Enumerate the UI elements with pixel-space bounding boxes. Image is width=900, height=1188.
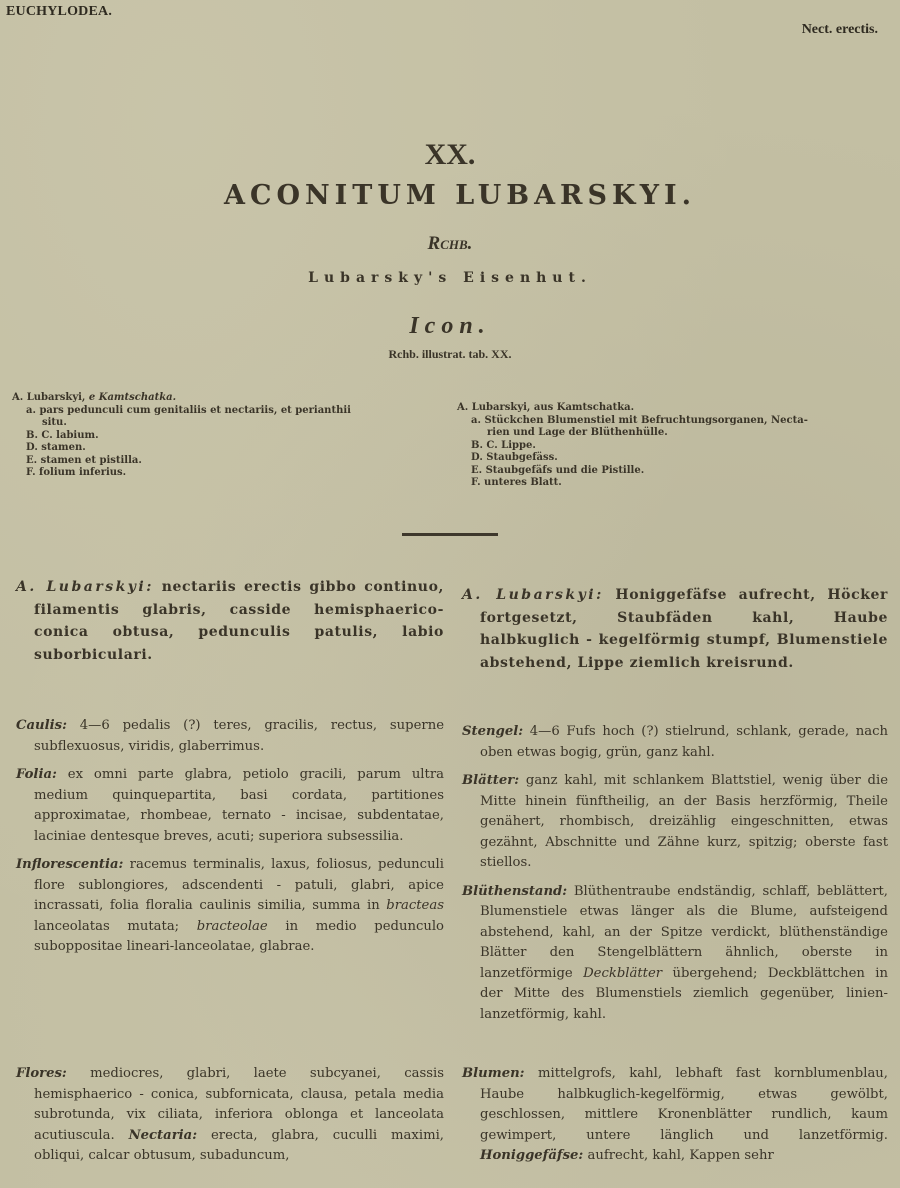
legend-head-prefix: A. Lubarskyi,	[12, 392, 89, 403]
legend-head: A. Lubarskyi, e Kamtschatka.	[12, 392, 452, 405]
legend-head: A. Lubarskyi, aus Kamtschatka.	[457, 402, 897, 415]
legend-item: a. Stückchen Blumenstiel mit Befruchtung…	[471, 415, 897, 440]
legend-item: F. folium inferius.	[26, 467, 452, 480]
legend-item: D. Staubgefäss.	[471, 452, 897, 465]
title-block: XX. ACONITUM LUBARSKYI. Rchb. Lubarsky's…	[0, 138, 900, 362]
running-head-group: Nect. erectis.	[802, 22, 878, 38]
legend-item: D. stamen.	[26, 442, 452, 455]
icon-heading: Icon.	[0, 312, 900, 340]
legend-item: B. C. labium.	[26, 430, 452, 443]
common-name: Lubarsky's Eisenhut.	[0, 268, 900, 288]
paragraph-flores: Flores: mediocres, glabri, laete subcyan…	[16, 1064, 444, 1167]
german-diagnosis: A. Lubarskyi: Honiggefäfse aufrecht, Höc…	[462, 584, 888, 674]
legend-item: F. unteres Blatt.	[471, 477, 897, 490]
paragraph-blumen: Blumen: mittelgrofs, kahl, lebhaft fast …	[462, 1064, 888, 1167]
paragraph-blaetter: Blätter: ganz kahl, mit schlankem Blatts…	[462, 771, 888, 874]
author-abbreviation: Rchb.	[0, 232, 900, 256]
latin-description: Caulis: 4—6 pedalis (?) teres, gracilis,…	[16, 716, 444, 966]
diagnosis-label: A. Lubarskyi:	[16, 579, 154, 595]
paragraph-caulis: Caulis: 4—6 pedalis (?) teres, gracilis,…	[16, 716, 444, 757]
plate-legend-latin: A. Lubarskyi, e Kamtschatka. a. pars ped…	[12, 392, 452, 480]
icon-reference: Rchb. illustrat. tab. XX.	[0, 346, 900, 362]
section-divider	[402, 533, 498, 536]
paragraph-inflorescentia: Inflorescentia: racemus terminalis, laxu…	[16, 855, 444, 958]
legend-item: B. C. Lippe.	[471, 440, 897, 453]
plate-legend-german: A. Lubarskyi, aus Kamtschatka. a. Stückc…	[457, 402, 897, 490]
paragraph-folia: Folia: ex omni parte glabra, petiolo gra…	[16, 765, 444, 847]
german-blumen: Blumen: mittelgrofs, kahl, lebhaft fast …	[462, 1064, 888, 1175]
book-page: EUCHYLODEA. Nect. erectis. XX. ACONITUM …	[0, 0, 900, 1188]
paragraph-stengel: Stengel: 4—6 Fufs hoch (?) stielrund, sc…	[462, 722, 888, 763]
legend-item: a. pars pedunculi cum genitaliis et nect…	[26, 405, 452, 430]
plate-number: XX.	[0, 138, 900, 172]
running-head-section: EUCHYLODEA.	[6, 4, 112, 20]
legend-item: E. Staubgefäfs und die Pistille.	[471, 465, 897, 478]
species-title: ACONITUM LUBARSKYI.	[0, 180, 900, 212]
legend-item: E. stamen et pistilla.	[26, 455, 452, 468]
legend-head-locality: e Kamtschatka.	[89, 392, 176, 403]
diagnosis-label: A. Lubarskyi:	[462, 587, 604, 603]
latin-diagnosis: A. Lubarskyi: nectariis erectis gibbo co…	[16, 576, 444, 666]
paragraph-bluethenstand: Blüthenstand: Blüthentraube endständig, …	[462, 882, 888, 1026]
latin-flores: Flores: mediocres, glabri, laete subcyan…	[16, 1064, 444, 1175]
german-description: Stengel: 4—6 Fufs hoch (?) stielrund, sc…	[462, 722, 888, 1033]
